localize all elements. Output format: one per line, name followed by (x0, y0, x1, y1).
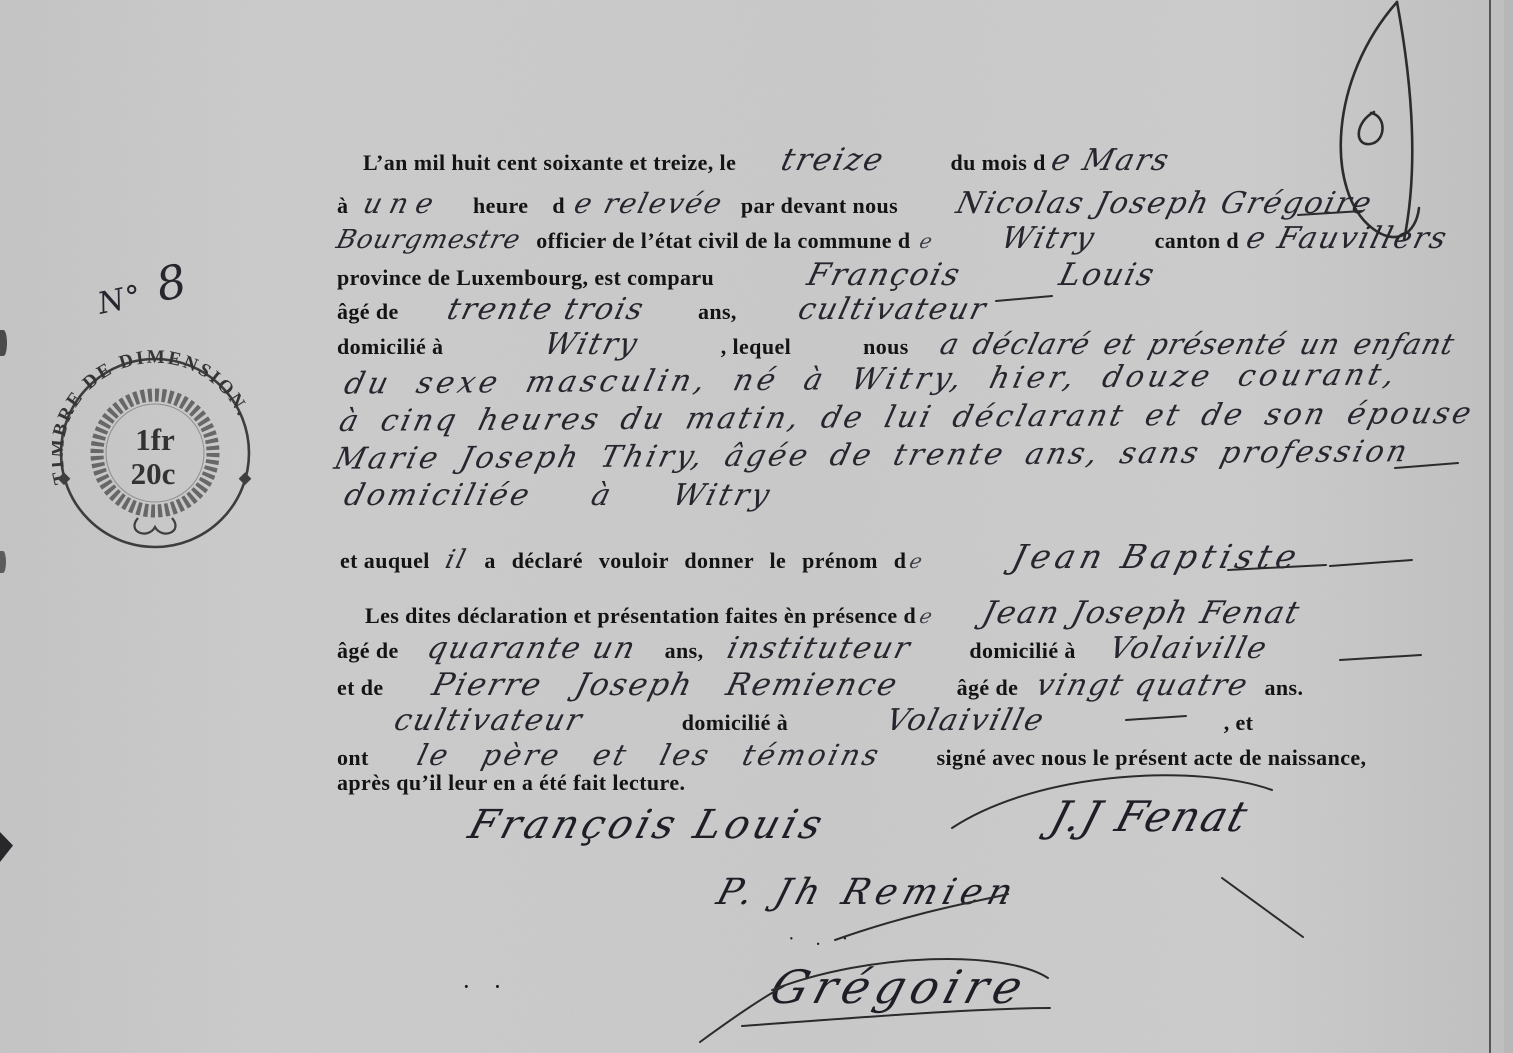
fillin-officer-name: Nicolas Joseph Grégoire (953, 186, 1377, 221)
edge-mark-3 (0, 832, 13, 862)
fillin-declarant-surname: Louis (1055, 257, 1159, 293)
fillin-canton: e Fauvillers (1243, 221, 1452, 256)
fillin-witness1-age: quarante un (423, 631, 640, 666)
printed-text: et de (337, 675, 384, 700)
fillin-witness2-name: Pierre Joseph Remience (428, 667, 902, 703)
printed-text: ans, (698, 299, 737, 324)
fillin-declaration: a déclaré et présenté un enfant (937, 327, 1459, 361)
printed-text: domicilié à (337, 334, 443, 359)
ink-dots-2: · . · (788, 928, 856, 951)
fillin-officer-title: Bourgmestre (333, 225, 524, 255)
stamp-right-ornament (239, 472, 252, 485)
fillin-commune: Witry (998, 221, 1100, 256)
printed-text: canton d (1155, 228, 1240, 253)
printed-text: âgé de (957, 675, 1019, 700)
act-line-17: après qu’il leur en a été fait lecture. (337, 770, 685, 796)
printed-text: âgé de (337, 299, 399, 324)
printed-text: domicilié à (682, 710, 788, 735)
printed-text: par devant nous (741, 193, 898, 218)
fillin-witness2-residence: Volaiville (883, 703, 1049, 738)
act-line-7: du sexe masculin, né à Witry, hier, douz… (345, 357, 1398, 401)
revenue-stamp: TIMBRE DE DIMENSION. 1fr 20c (52, 350, 258, 556)
printed-text: ans. (1264, 675, 1303, 700)
fillin-declarant-residence: Witry (541, 327, 643, 362)
printed-text: à (337, 193, 348, 218)
birth-certificate-page: N°8 8 TIMBRE DE DIMENSION. 1fr 20c L’an … (0, 0, 1513, 1053)
fillin-day-number: treize (778, 142, 889, 178)
margin-number: 8 (151, 253, 191, 312)
ink-dots-1: · · (462, 972, 510, 1002)
act-line-13: âgé de quarante un ans, instituteur domi… (337, 631, 1267, 666)
fillin-witness1-residence: Volaiville (1105, 631, 1271, 666)
edge-mark-1 (0, 330, 7, 356)
printed-text: signé avec nous le présent acte de naiss… (937, 745, 1367, 770)
fillin-month: e Mars (1047, 143, 1173, 178)
numero-label: N° (95, 278, 147, 322)
printed-text: heure d (473, 193, 565, 218)
signature-witness1: J.J Fenat (1045, 792, 1255, 841)
act-line-14: et de Pierre Joseph Remience âgé de ving… (337, 667, 1303, 703)
act-line-12: Les dites déclaration et présentation fa… (365, 595, 1300, 631)
stamp-value-bottom: 20c (131, 456, 176, 491)
printed-text: domicilié à (969, 638, 1075, 663)
fillin-mother: Marie Joseph Thiry, âgée de trente ans, … (331, 434, 1414, 477)
fillin-hour: une (360, 187, 445, 220)
fillin-pronoun: il (442, 545, 470, 575)
fillin-letter-e: e (917, 229, 937, 253)
signature-officer: Grégoire (764, 960, 1035, 1014)
act-line-11: et auquel il a déclaré vouloir donner le… (340, 537, 1301, 576)
fillin-declarant-age: trente trois (443, 292, 648, 327)
margin-note: N°8 (91, 253, 191, 325)
printed-text: après qu’il leur en a été fait lecture. (337, 770, 685, 795)
fillin-child-firstname: Jean Baptiste (1008, 537, 1306, 576)
printed-text: du mois d (950, 150, 1045, 175)
signature-father: François Louis (463, 802, 831, 848)
fillin-letter-e: e (917, 604, 937, 628)
edge-mark-2 (0, 551, 6, 573)
printed-text: province de Luxembourg, est comparu (337, 265, 714, 290)
act-line-15: cultivateur domicilié à Volaiville , et (395, 703, 1253, 738)
stamp-bow (134, 518, 175, 534)
fillin-mother-residence: domiciliée à Witry (341, 478, 776, 513)
act-line-1: L’an mil huit cent soixante et treize, l… (363, 142, 1169, 178)
fillin-letter-e: e (907, 549, 927, 573)
act-line-6: domicilié à Witry , lequel nous a déclar… (337, 327, 1454, 362)
fillin-birth-time-parents: à cinq heures du matin, de lui déclarant… (336, 396, 1478, 439)
printed-text: Les dites déclaration et présentation fa… (365, 603, 916, 628)
act-line-2: à une heure d e relevée par devant nous … (337, 186, 1373, 221)
act-line-8: à cinq heures du matin, de lui déclarant… (340, 396, 1474, 439)
act-line-9: Marie Joseph Thiry, âgée de trente ans, … (335, 434, 1410, 476)
act-line-10: domiciliée à Witry (345, 478, 772, 513)
signature-witness2: P. Jh Remien (712, 872, 1023, 913)
printed-text: , et (1224, 710, 1254, 735)
printed-text: nous (863, 334, 909, 359)
printed-text: et auquel (340, 548, 430, 573)
act-line-5: âgé de trente trois ans, cultivateur (337, 292, 987, 327)
fillin-witness1-profession: instituteur (723, 631, 915, 666)
fillin-declarant-profession: cultivateur (794, 292, 990, 327)
page-fold-line (1489, 0, 1491, 1053)
fillin-child-sex-birth: du sexe masculin, né à Witry, hier, douz… (341, 357, 1402, 401)
printed-text: officier de l’état civil de la commune d (536, 228, 910, 253)
scan-edge-strip (1504, 0, 1513, 1053)
fillin-signatories: le père et les témoins (414, 738, 885, 772)
act-line-4: province de Luxembourg, est comparu Fran… (337, 257, 1155, 293)
printed-text: ont (337, 745, 369, 770)
act-line-3: Bourgmestre officier de l’état civil de … (337, 221, 1448, 256)
fillin-declarant-firstname: François (804, 257, 966, 293)
fillin-witness2-profession: cultivateur (391, 703, 587, 738)
printed-text: ans, (665, 638, 704, 663)
fillin-witness2-age: vingt quatre (1033, 668, 1253, 703)
act-line-16: ont le père et les témoins signé avec no… (337, 738, 1366, 772)
stamp-value-top: 1fr (135, 422, 175, 457)
printed-text: L’an mil huit cent soixante et treize, l… (363, 150, 736, 175)
printed-text: âgé de (337, 638, 399, 663)
printed-text: a déclaré vouloir donner le prénom d (484, 548, 906, 573)
printed-text: , lequel (721, 334, 791, 359)
fillin-witness1-name: Jean Joseph Fenat (978, 595, 1304, 631)
fillin-time-of-day: e relevée (571, 187, 727, 220)
